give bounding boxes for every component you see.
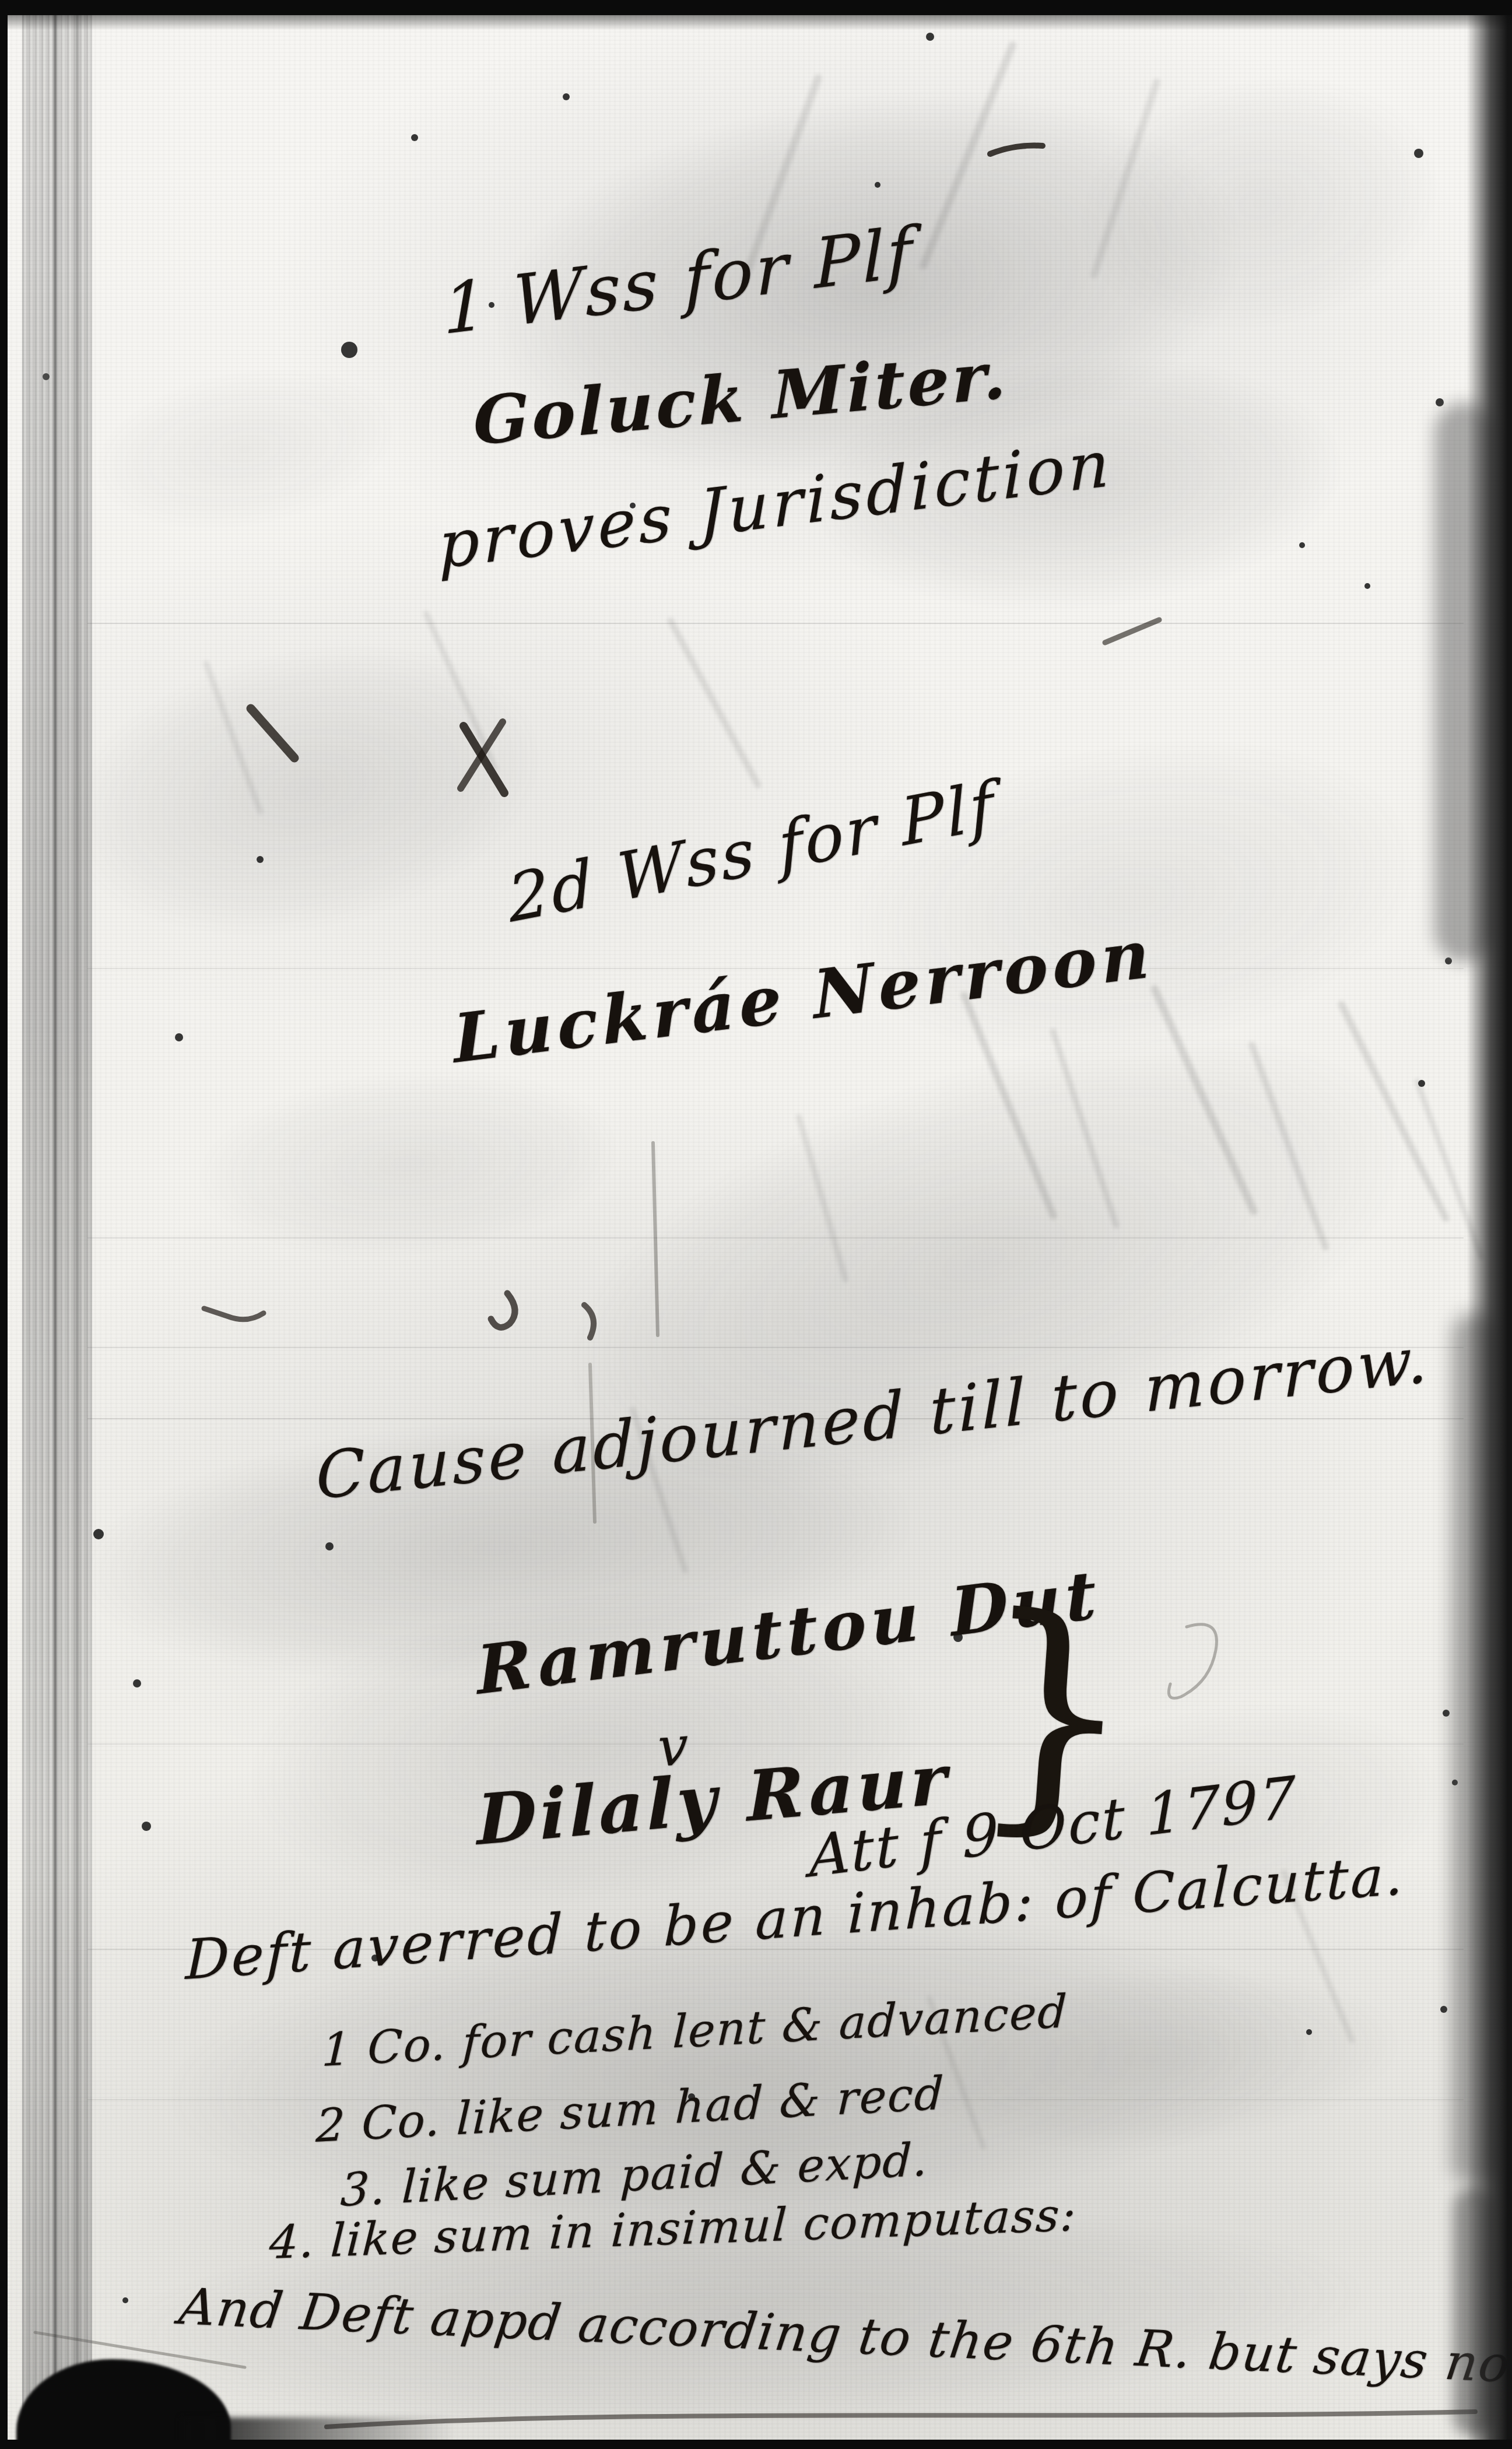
bleed-through-smudge (41, 606, 566, 974)
count-line-1: 1 Co. for cash lent & advanced (321, 1985, 1069, 2077)
adjournment-note: Cause adjourned till to morrow. (315, 1322, 1431, 1514)
ink-speck (341, 342, 357, 358)
ink-speck (1440, 2006, 1447, 2013)
witness1-name: Goluck Miter. (473, 337, 1009, 461)
ink-speck (257, 856, 264, 863)
ghost-writing-streak (795, 1113, 849, 1283)
ghost-writing-streak (1090, 78, 1162, 279)
bleed-through-smudge (823, 699, 1439, 1097)
ink-speck (411, 134, 418, 141)
scan-artifact-line (87, 1237, 1464, 1238)
scan-border (0, 0, 1512, 15)
bleed-through-smudge (1057, 47, 1462, 362)
ink-speck (1414, 149, 1423, 158)
scan-border (0, 0, 8, 2449)
bleed-through-smudge (899, 1954, 1405, 2163)
page-edge-dark-band (1467, 0, 1512, 2449)
ghost-writing-streak (918, 40, 1017, 270)
witness2-heading: 2d Wss for Plf (505, 767, 999, 938)
appearance-note: And Deft appd according to the 6th R. bu… (176, 2278, 1512, 2400)
scan-border (0, 15, 1512, 30)
ghost-writing-streak (1050, 1027, 1120, 1229)
ink-speck (175, 1033, 183, 1041)
ink-speck (1443, 1710, 1450, 1717)
ink-speck (1436, 398, 1444, 406)
ink-speck (325, 1542, 334, 1550)
binding-fold-line (54, 0, 57, 2449)
ghost-writing-streak (666, 616, 763, 790)
ink-speck (142, 1822, 151, 1831)
averment-line: Deft averred to be an inhab: of Calcutta… (185, 1844, 1406, 1993)
ghost-writing-streak (1150, 984, 1259, 1216)
ghost-writing-streak (1337, 1000, 1451, 1223)
ink-speck (122, 2297, 128, 2303)
ghost-writing-streak (1248, 1041, 1329, 1251)
ink-speck (926, 33, 934, 41)
ink-speck (1306, 2029, 1312, 2035)
ink-speck (1418, 1080, 1425, 1087)
bleed-through-smudge (82, 348, 407, 550)
scan-artifact-line (87, 623, 1464, 624)
ghost-writing-streak (422, 610, 499, 772)
ink-speck (563, 93, 570, 100)
ink-speck (133, 1679, 141, 1687)
witness2-name: Luckráe Nerroon (451, 914, 1155, 1079)
book-binding-edge (22, 0, 92, 2449)
bleed-through-smudge (191, 1055, 625, 1272)
witness1-heading: 1 Wss for Plf (443, 211, 915, 350)
ink-speck (1299, 542, 1305, 548)
scan-artifact-line (87, 1743, 1464, 1745)
ink-speck (875, 182, 880, 188)
ink-speck (93, 1529, 104, 1539)
ghost-writing-streak (960, 991, 1058, 1220)
binding-fold-line (76, 0, 78, 2449)
ink-speck (1364, 583, 1370, 589)
manuscript-page: 1 Wss for Plf Goluck Miter. proves Juris… (0, 0, 1512, 2449)
scan-border (0, 2440, 1512, 2449)
ghost-writing-streak (202, 660, 264, 816)
